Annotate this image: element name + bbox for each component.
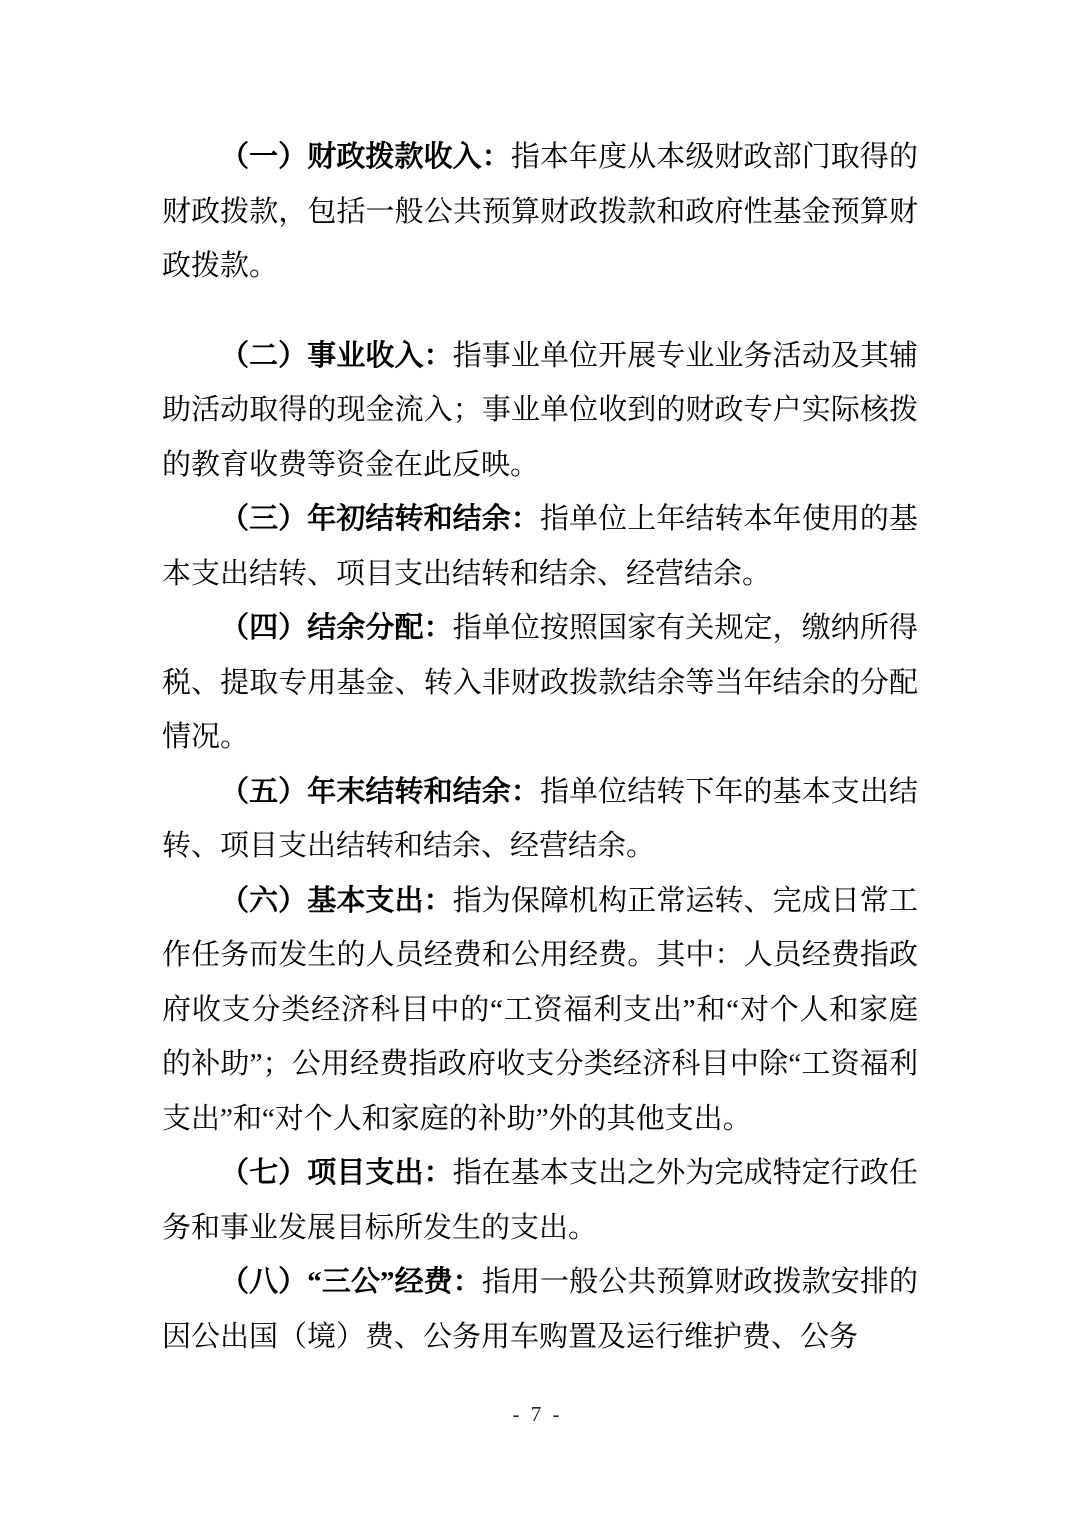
paragraph-6-text: 指为保障机构正常运转、完成日常工作任务而发生的人员经费和公用经费。其中：人员经费… (162, 885, 918, 1135)
paragraph-7: （七）项目支出：指在基本支出之外为完成特定行政任务和事业发展目标所发生的支出。 (162, 1146, 918, 1255)
paragraph-6: （六）基本支出：指为保障机构正常运转、完成日常工作任务而发生的人员经费和公用经费… (162, 874, 918, 1147)
page-number: - 7 - (0, 1402, 1075, 1427)
paragraph-4-heading: （四）结余分配： (220, 612, 453, 644)
paragraph-5-heading: （五）年末结转和结余： (220, 776, 540, 808)
paragraph-7-heading: （七）项目支出： (220, 1157, 453, 1189)
paragraph-8-heading: （八）“三公”经费： (220, 1266, 482, 1298)
paragraph-4: （四）结余分配：指单位按照国家有关规定，缴纳所得税、提取专用基金、转入非财政拨款… (162, 601, 918, 765)
paragraph-1-heading: （一）财政拨款收入： (220, 141, 511, 173)
paragraph-2: （二）事业收入：指事业单位开展专业业务活动及其辅助活动取得的现金流入；事业单位收… (162, 329, 918, 493)
document-body: （一）财政拨款收入：指本年度从本级财政部门取得的财政拨款，包括一般公共预算财政拨… (162, 130, 918, 1364)
paragraph-2-heading: （二）事业收入： (220, 340, 453, 372)
paragraph-6-heading: （六）基本支出： (220, 885, 453, 917)
paragraph-3: （三）年初结转和结余：指单位上年结转本年使用的基本支出结转、项目支出结转和结余、… (162, 492, 918, 601)
paragraph-1: （一）财政拨款收入：指本年度从本级财政部门取得的财政拨款，包括一般公共预算财政拨… (162, 130, 918, 294)
paragraph-5: （五）年末结转和结余：指单位结转下年的基本支出结转、项目支出结转和结余、经营结余… (162, 765, 918, 874)
paragraph-3-heading: （三）年初结转和结余： (220, 503, 540, 535)
document-page: （一）财政拨款收入：指本年度从本级财政部门取得的财政拨款，包括一般公共预算财政拨… (0, 0, 1075, 1520)
paragraph-8: （八）“三公”经费：指用一般公共预算财政拨款安排的因公出国（境）费、公务用车购置… (162, 1255, 918, 1364)
